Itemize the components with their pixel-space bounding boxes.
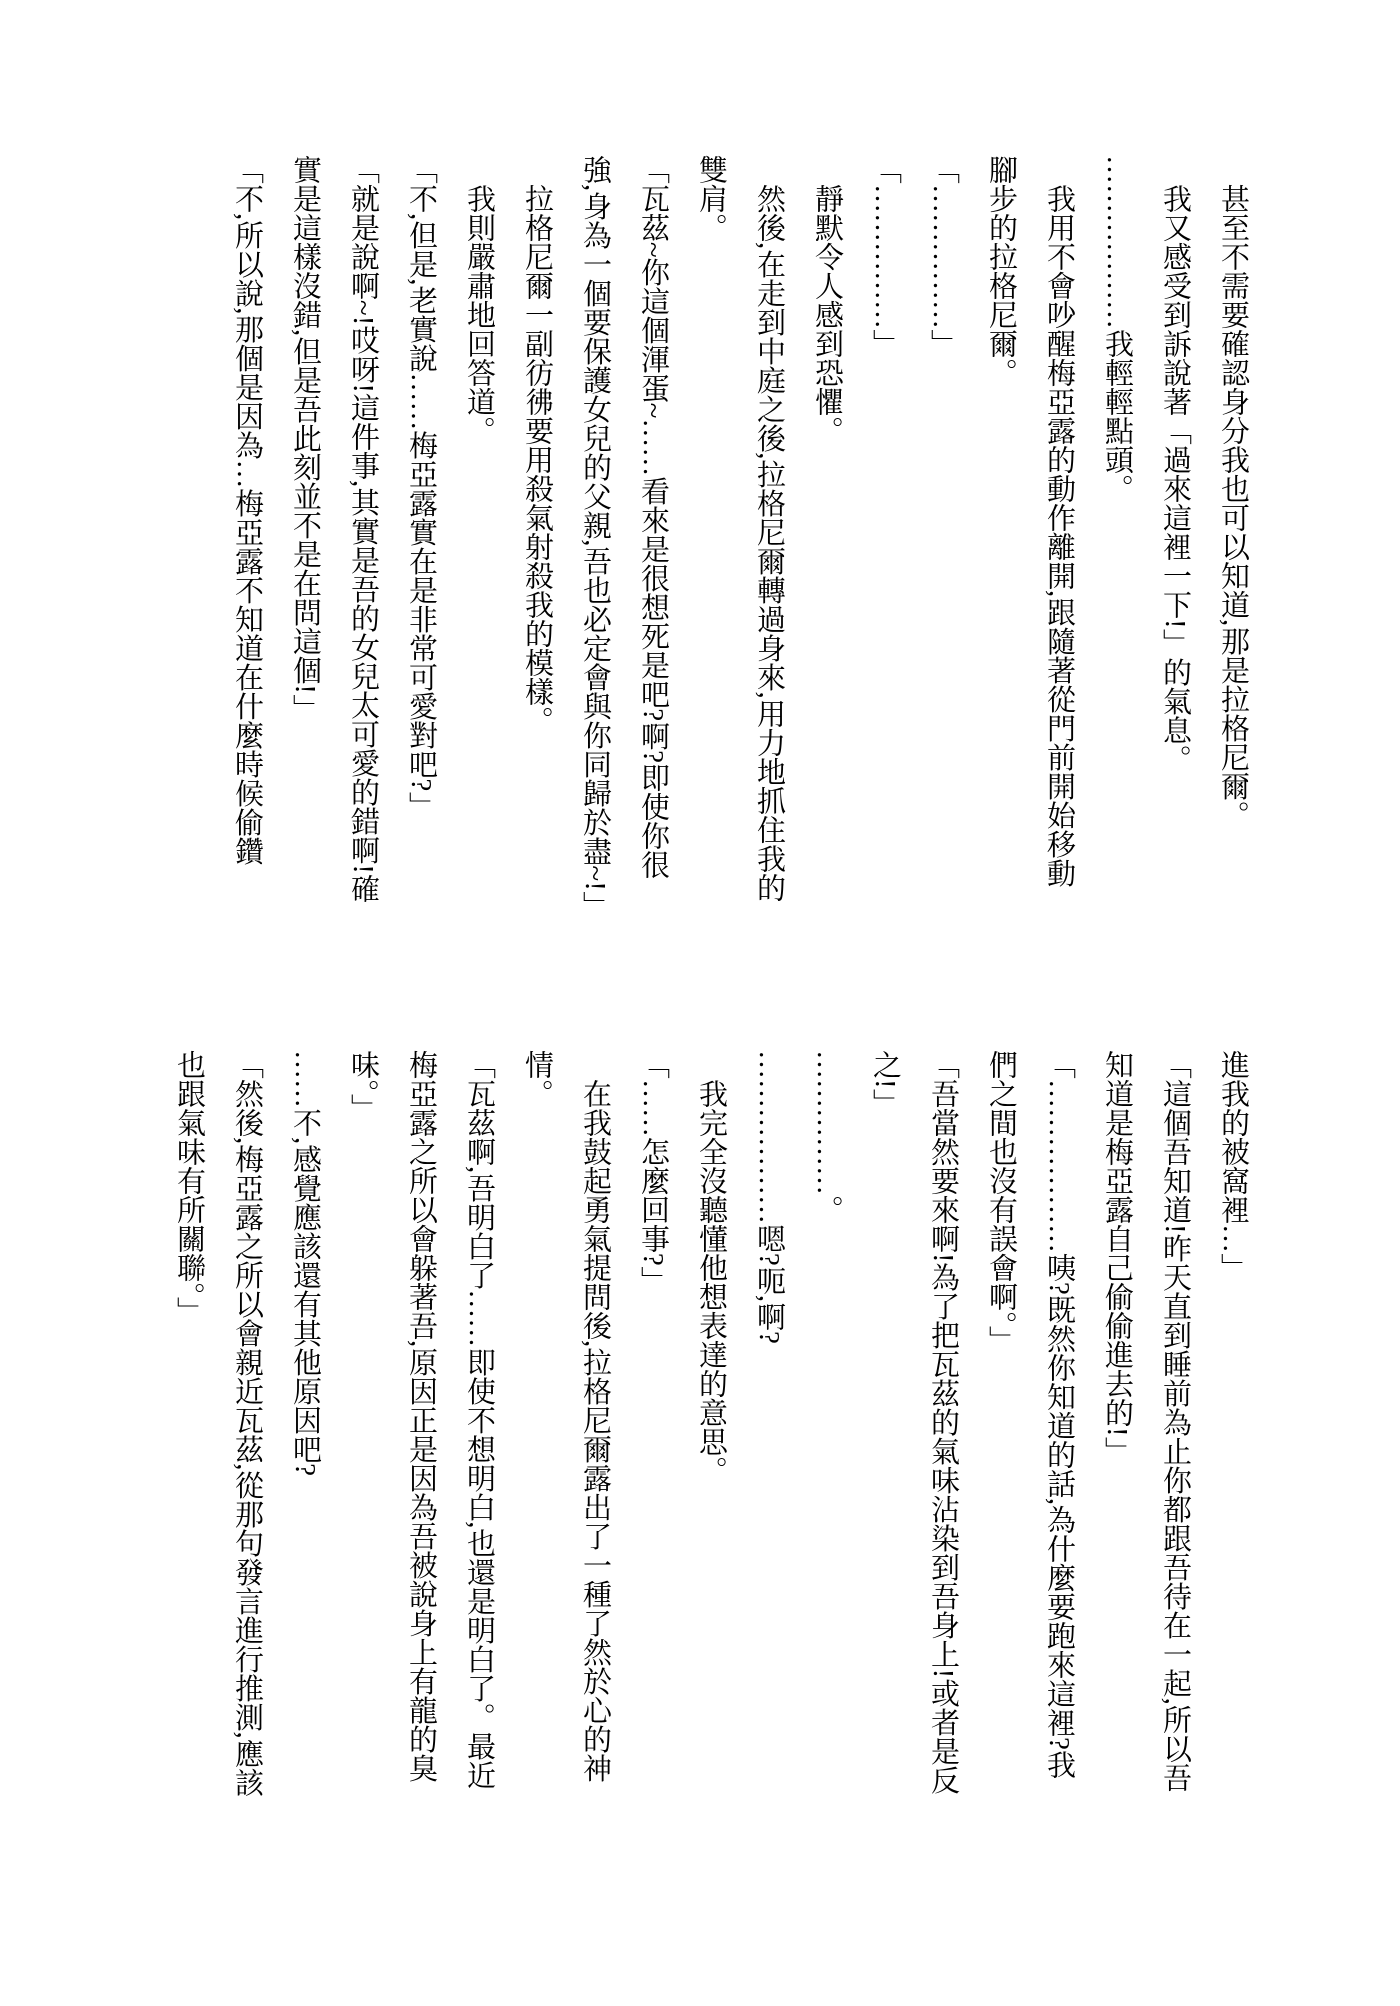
novel-page: 甚至不需要確認身分我也可以知道,那是拉格尼爾。我又感受到訴說著「過來這裡一下!」… [0, 0, 1400, 2006]
paragraph: 我完全沒聽懂他想表達的意思。 [682, 1050, 740, 1805]
paragraph: ……………。 [798, 1050, 856, 1805]
paragraph: 「吾當然要來啊!為了把瓦茲的氣味沾染到吾身上!或者是反之!」 [856, 1050, 972, 1805]
paragraph: 「就是說啊~!哎呀!這件事,其實是吾的女兒太可愛的錯啊!確實是這樣沒錯,但是吾此… [276, 155, 392, 910]
paragraph: 「……………」 [856, 155, 914, 910]
paragraph: ………………我輕輕點頭。 [1088, 155, 1146, 910]
paragraph: 拉格尼爾一副彷彿要用殺氣射殺我的模樣。 [508, 155, 566, 910]
paragraph: 「瓦茲~你這個渾蛋~……看來是很想死是吧?啊?即使你很強,身為一個要保護女兒的父… [566, 155, 682, 910]
paragraph: 甚至不需要確認身分我也可以知道,那是拉格尼爾。 [1204, 155, 1262, 910]
paragraph: 「然後,梅亞露之所以會親近瓦茲,從那句發言進行推測,應該也跟氣味有所關聯。」 [160, 1050, 276, 1805]
text-block-bottom: 進我的被窩裡…」「這個吾知道!昨天直到睡前為止你都跟吾待在一起,所以吾知道是梅亞… [160, 1050, 1262, 1805]
paragraph: 我又感受到訴說著「過來這裡一下!」的氣息。 [1146, 155, 1204, 910]
paragraph: 「這個吾知道!昨天直到睡前為止你都跟吾待在一起,所以吾知道是梅亞露自己偷偷進去的… [1088, 1050, 1204, 1805]
paragraph: 「……怎麼回事?」 [624, 1050, 682, 1805]
paragraph: 在我鼓起勇氣提問後,拉格尼爾露出了一種了然於心的神情。 [508, 1050, 624, 1805]
paragraph: 然後,在走到中庭之後,拉格尼爾轉過身來,用力地抓住我的雙肩。 [682, 155, 798, 910]
text-block-top: 甚至不需要確認身分我也可以知道,那是拉格尼爾。我又感受到訴說著「過來這裡一下!」… [218, 155, 1262, 910]
paragraph: 我則嚴肅地回答道。 [450, 155, 508, 910]
paragraph: 我用不會吵醒梅亞露的動作離開,跟隨著從門前開始移動腳步的拉格尼爾。 [972, 155, 1088, 910]
paragraph: 「不,所以說,那個是因為…梅亞露不知道在什麼時候偷鑽 [218, 155, 276, 910]
paragraph: 進我的被窩裡…」 [1204, 1050, 1262, 1805]
paragraph: 「不,但是,老實說……梅亞露實在是非常可愛對吧?」 [392, 155, 450, 910]
paragraph: 靜默令人感到恐懼。 [798, 155, 856, 910]
paragraph: 「瓦茲啊,吾明白了……即使不想明白,也還是明白了。最近梅亞露之所以會躲著吾,原因… [334, 1050, 508, 1805]
paragraph: 「……………」 [914, 155, 972, 910]
paragraph: ………………嗯?呃,啊? [740, 1050, 798, 1805]
paragraph: 「………………咦?既然你知道的話,為什麼要跑來這裡?我們之間也沒有誤會啊。」 [972, 1050, 1088, 1805]
paragraph: ……不,感覺應該還有其他原因吧? [276, 1050, 334, 1805]
